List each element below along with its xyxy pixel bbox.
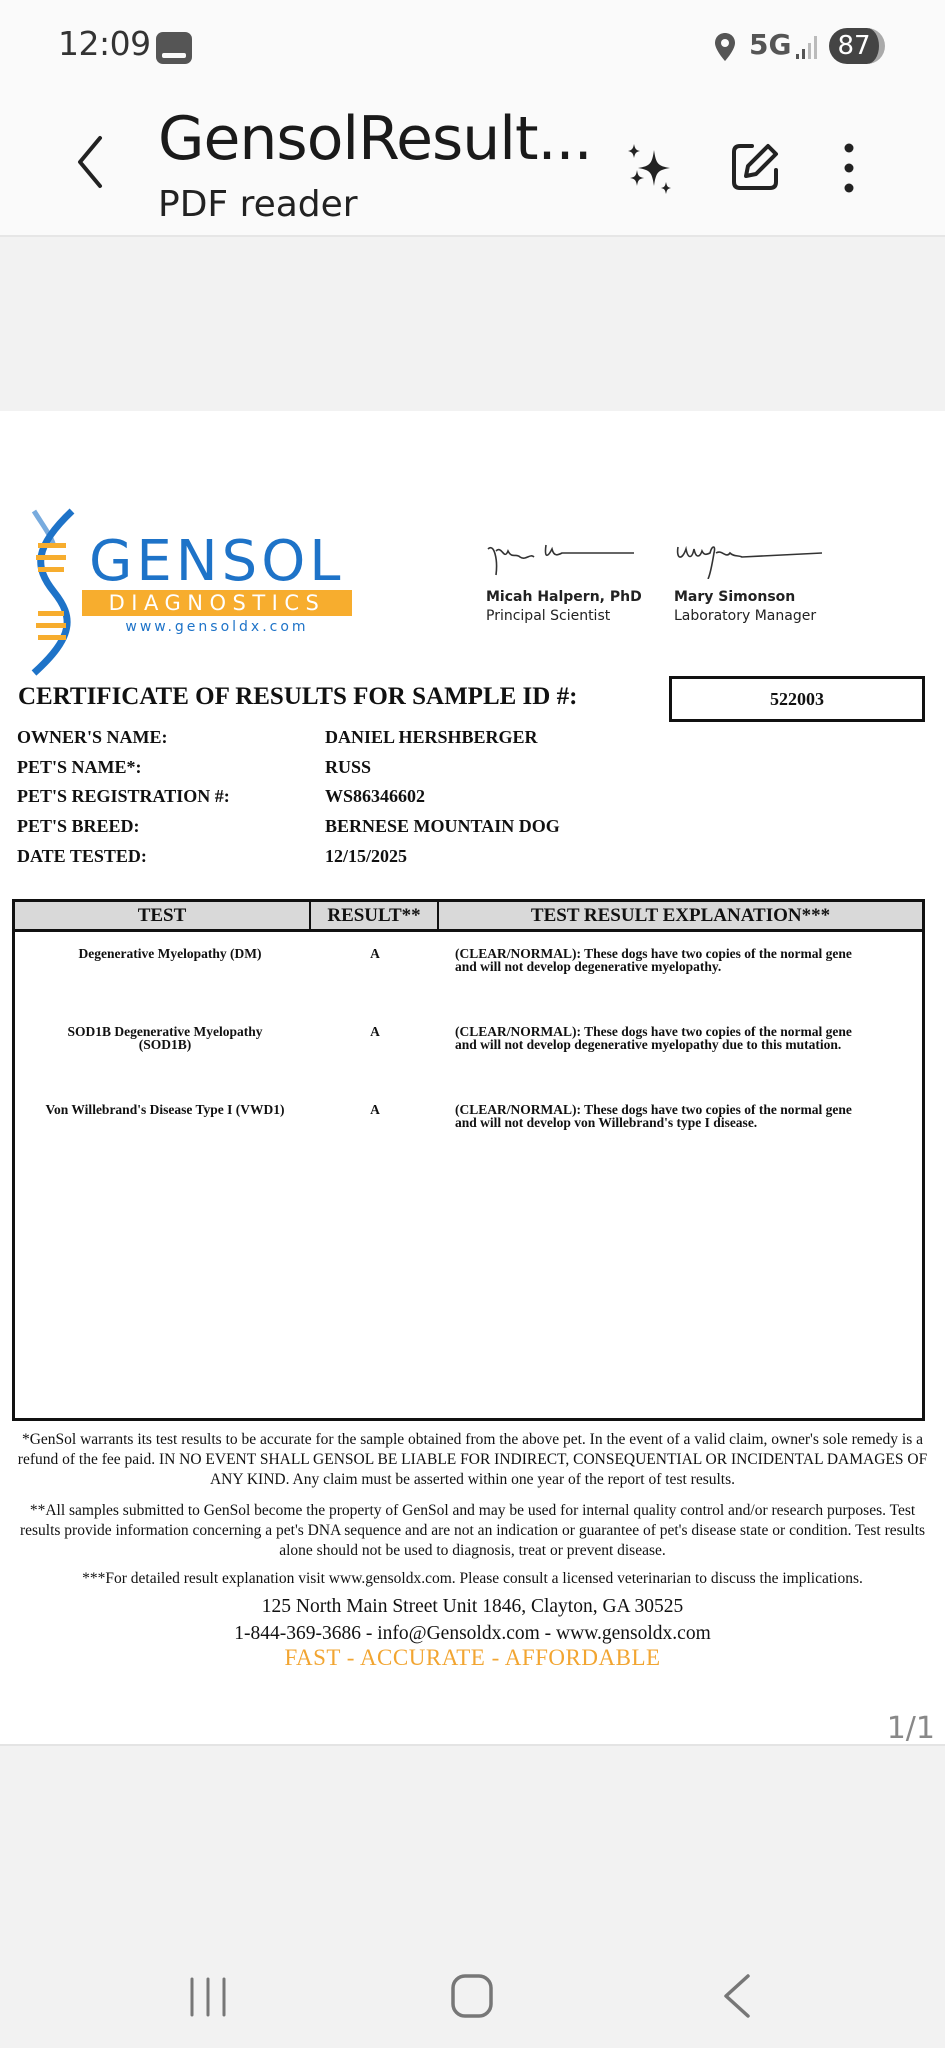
logo-tagline: DIAGNOSTICS — [82, 590, 352, 616]
address: 125 North Main Street Unit 1846, Clayton… — [10, 1593, 935, 1620]
footnote-explanation: ***For detailed result explanation visit… — [10, 1569, 935, 1589]
signatory-role: Laboratory Manager — [674, 608, 824, 624]
registration-label: PET'S REGISTRATION #: — [17, 786, 230, 807]
dna-helix-icon — [24, 507, 80, 677]
logo-url: www.gensoldx.com — [82, 619, 352, 635]
network-type: 5G — [749, 28, 791, 61]
back-icon[interactable] — [720, 1973, 754, 2019]
gensol-logo: GENSOL DIAGNOSTICS www.gensoldx.com — [24, 507, 364, 677]
signatory-name: Micah Halpern, PhD — [486, 589, 642, 605]
test-name: SOD1B Degenerative Myelopathy (SOD1B) — [45, 1025, 285, 1051]
header-result: RESULT** — [311, 902, 439, 929]
owner-name-label: OWNER'S NAME: — [17, 727, 168, 748]
breed-value: BERNESE MOUNTAIN DOG — [325, 816, 560, 837]
pet-name-label: PET'S NAME*: — [17, 757, 142, 778]
battery-indicator: 87 — [829, 28, 885, 64]
signatory-name: Mary Simonson — [674, 589, 824, 605]
location-icon — [714, 32, 736, 62]
logo-brand: GENSOL — [89, 529, 345, 594]
edit-icon[interactable] — [728, 140, 782, 194]
contact-info[interactable]: 1-844-369-3686 - info@Gensoldx.com - www… — [10, 1620, 935, 1647]
navigation-bar — [0, 1897, 945, 2048]
page-indicator: 1/1 — [887, 1711, 935, 1746]
more-options-icon[interactable] — [834, 140, 864, 196]
app-bar: GensolResult... PDF reader — [0, 92, 945, 237]
test-name: Degenerative Myelopathy (DM) — [25, 947, 315, 960]
date-tested-value: 12/15/2025 — [325, 846, 407, 867]
ai-sparkle-icon[interactable] — [624, 142, 676, 194]
signatory-1: Micah Halpern, PhD Principal Scientist — [486, 539, 642, 624]
recents-icon[interactable] — [188, 1975, 228, 2019]
signatory-2: Mary Simonson Laboratory Manager — [674, 539, 824, 624]
slogan: FAST - ACCURATE - AFFORDABLE — [10, 1648, 935, 1668]
status-bar: 12:09 5G 87 — [0, 0, 945, 92]
pet-name-value: RUSS — [325, 757, 371, 778]
status-time: 12:09 — [58, 24, 151, 63]
document-title: GensolResult... — [158, 104, 592, 174]
footnote-warranty: *GenSol warrants its test results to be … — [10, 1430, 935, 1490]
certificate-title: CERTIFICATE OF RESULTS FOR SAMPLE ID #: — [18, 683, 577, 711]
test-explanation: (CLEAR/NORMAL): These dogs have two copi… — [455, 1103, 855, 1129]
test-result: A — [311, 1025, 439, 1038]
sample-id-box: 522003 — [669, 676, 925, 722]
test-result: A — [311, 1103, 439, 1116]
test-explanation: (CLEAR/NORMAL): These dogs have two copi… — [455, 947, 855, 973]
pdf-reader-screen: 12:09 5G 87 GensolResult... PDF reader — [0, 0, 945, 2048]
test-name: Von Willebrand's Disease Type I (VWD1) — [45, 1103, 285, 1116]
signal-icon — [795, 34, 821, 60]
app-subtitle: PDF reader — [158, 184, 358, 225]
header-explanation: TEST RESULT EXPLANATION*** — [439, 902, 922, 929]
pdf-page[interactable]: GENSOL DIAGNOSTICS www.gensoldx.com Mica… — [0, 411, 945, 1746]
notification-icon — [156, 32, 192, 64]
date-tested-label: DATE TESTED: — [17, 846, 147, 867]
owner-name-value: DANIEL HERSHBERGER — [325, 727, 538, 748]
test-result: A — [311, 947, 439, 960]
table-header: TEST RESULT** TEST RESULT EXPLANATION*** — [15, 902, 922, 932]
signature-image — [486, 539, 636, 579]
test-explanation: (CLEAR/NORMAL): These dogs have two copi… — [455, 1025, 855, 1051]
signatory-role: Principal Scientist — [486, 608, 642, 624]
results-table: TEST RESULT** TEST RESULT EXPLANATION***… — [12, 899, 925, 1421]
registration-value: WS86346602 — [325, 786, 425, 807]
back-arrow-icon[interactable] — [70, 132, 114, 192]
header-test: TEST — [15, 902, 311, 929]
footnote-samples: **All samples submitted to GenSol become… — [10, 1501, 935, 1561]
breed-label: PET'S BREED: — [17, 816, 140, 837]
home-icon[interactable] — [450, 1973, 494, 2019]
signature-image — [674, 539, 824, 579]
